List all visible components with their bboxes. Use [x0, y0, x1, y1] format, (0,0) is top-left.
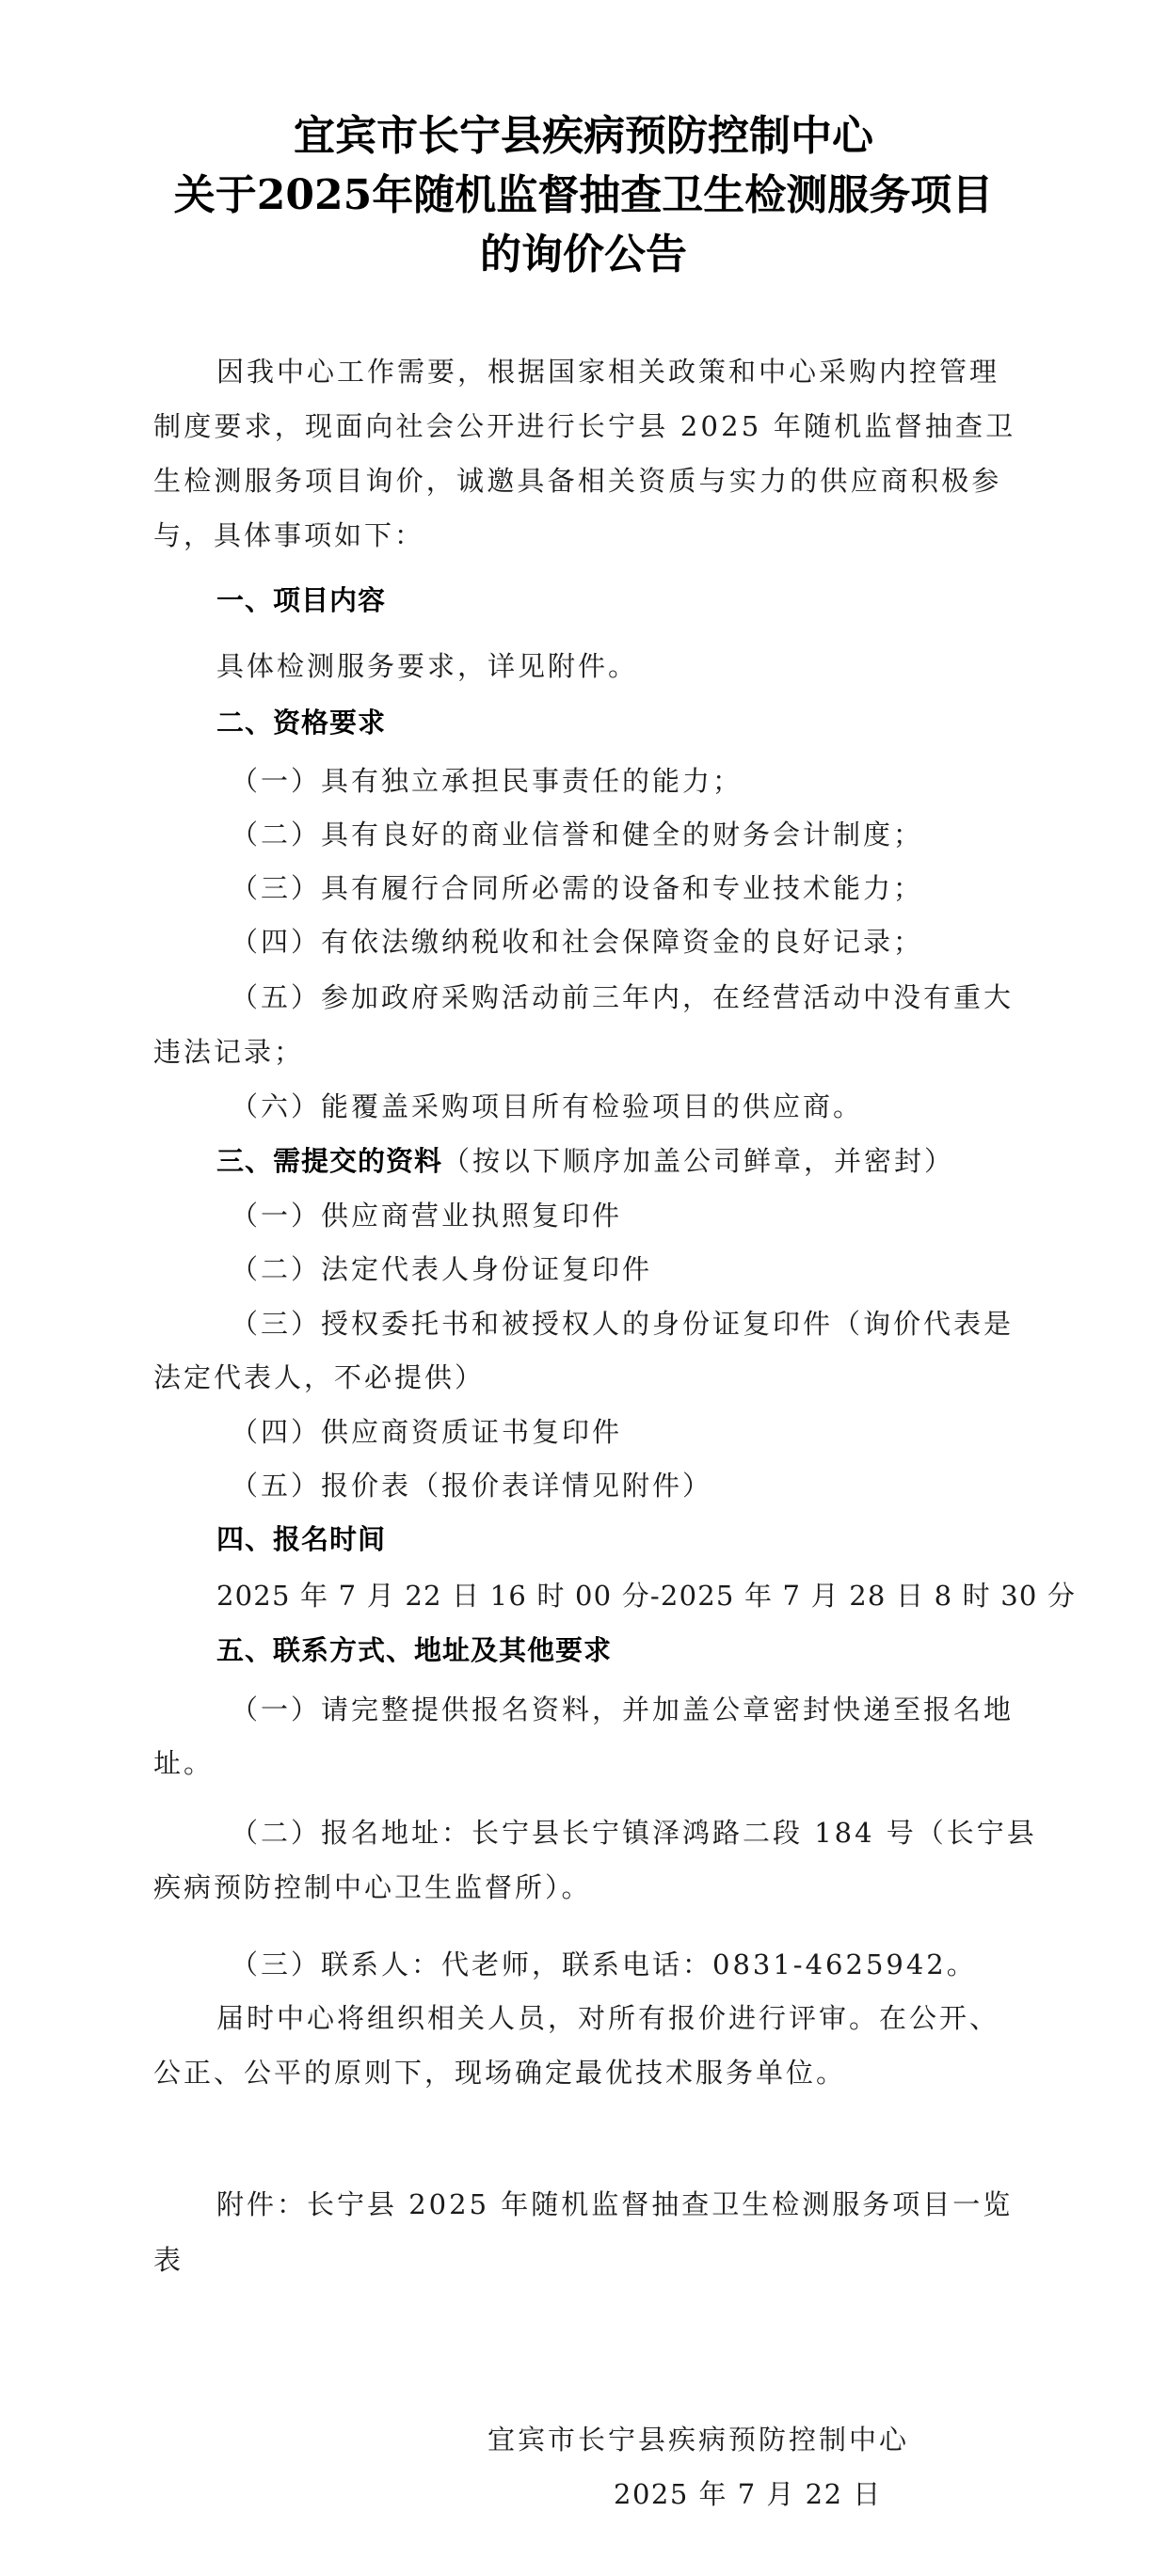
qualification-item-3: （三）具有履行合同所必需的设备和专业技术能力； [231, 869, 923, 907]
section-heading-contact: 五、联系方式、地址及其他要求 [216, 1631, 612, 1669]
document-item-5: （五）报价表（报价表详情见附件） [231, 1467, 712, 1504]
title-line-3: 的询价公告 [0, 229, 1167, 281]
signature-org: 宜宾市长宁县疾病预防控制中心 [488, 2421, 909, 2458]
document-item-3-cont: 法定代表人，不必提供） [153, 1359, 485, 1396]
registration-time-range: 2025 年 7 月 22 日 16 时 00 分-2025 年 7 月 28 … [216, 1577, 1076, 1614]
document-page: 宜宾市长宁县疾病预防控制中心 关于2025年随机监督抽查卫生检测服务项目 的询价… [0, 0, 1167, 2576]
intro-line-4: 与，具体事项如下： [153, 517, 424, 554]
qualification-item-5-cont: 违法记录； [153, 1033, 304, 1071]
contact-item-2-address: （二）报名地址：长宁县长宁镇泽鸿路二段 184 号（长宁县 [231, 1814, 1037, 1852]
section-heading-documents-title: 三、需提交的资料 [216, 1145, 442, 1177]
contact-item-1-cont: 址。 [153, 1744, 214, 1782]
section-project-content-text: 具体检测服务要求，详见附件。 [216, 647, 638, 685]
intro-line-3: 生检测服务项目询价，诚邀具备相关资质与实力的供应商积极参 [153, 462, 1015, 500]
section-heading-qualifications: 二、资格要求 [216, 704, 386, 741]
attachment-line-2: 表 [153, 2241, 184, 2279]
qualification-item-2: （二）具有良好的商业信誉和健全的财务会计制度； [231, 816, 923, 853]
intro-line-2: 制度要求，现面向社会公开进行长宁县 2025 年随机监督抽查卫 [153, 407, 1015, 445]
document-item-4: （四）供应商资质证书复印件 [231, 1413, 622, 1451]
section-heading-documents: 三、需提交的资料（按以下顺序加盖公司鲜章，并密封） [216, 1142, 954, 1180]
section-heading-project-content: 一、项目内容 [216, 581, 386, 619]
qualification-item-4: （四）有依法缴纳税收和社会保障资金的良好记录； [231, 923, 923, 961]
contact-item-3-phone: （三）联系人：代老师，联系电话：0831-4625942。 [231, 1946, 977, 1983]
section-heading-registration-time: 四、报名时间 [216, 1520, 386, 1558]
qualification-item-6: （六）能覆盖采购项目所有检验项目的供应商。 [231, 1088, 863, 1125]
signature-date: 2025 年 7 月 22 日 [614, 2475, 882, 2513]
title-line-2: 关于2025年随机监督抽查卫生检测服务项目 [0, 169, 1167, 222]
qualification-item-5: （五）参加政府采购活动前三年内，在经营活动中没有重大 [231, 978, 1014, 1016]
document-item-2: （二）法定代表人身份证复印件 [231, 1250, 652, 1288]
contact-item-1: （一）请完整提供报名资料，并加盖公章密封快递至报名地 [231, 1691, 1014, 1728]
title-line-1: 宜宾市长宁县疾病预防控制中心 [0, 110, 1167, 163]
document-item-3: （三）授权委托书和被授权人的身份证复印件（询价代表是 [231, 1305, 1014, 1343]
attachment-line-1: 附件：长宁县 2025 年随机监督抽查卫生检测服务项目一览 [216, 2186, 1013, 2223]
review-note-line-2: 公正、公平的原则下，现场确定最优技术服务单位。 [153, 2054, 846, 2091]
document-item-1: （一）供应商营业执照复印件 [231, 1197, 622, 1234]
intro-line-1: 因我中心工作需要，根据国家相关政策和中心采购内控管理 [216, 353, 999, 390]
review-note-line-1: 届时中心将组织相关人员，对所有报价进行评审。在公开、 [216, 1999, 999, 2037]
qualification-item-1: （一）具有独立承担民事责任的能力； [231, 762, 743, 800]
contact-item-2-cont: 疾病预防控制中心卫生监督所）。 [153, 1868, 592, 1906]
section-heading-documents-note: （按以下顺序加盖公司鲜章，并密封） [442, 1145, 954, 1177]
